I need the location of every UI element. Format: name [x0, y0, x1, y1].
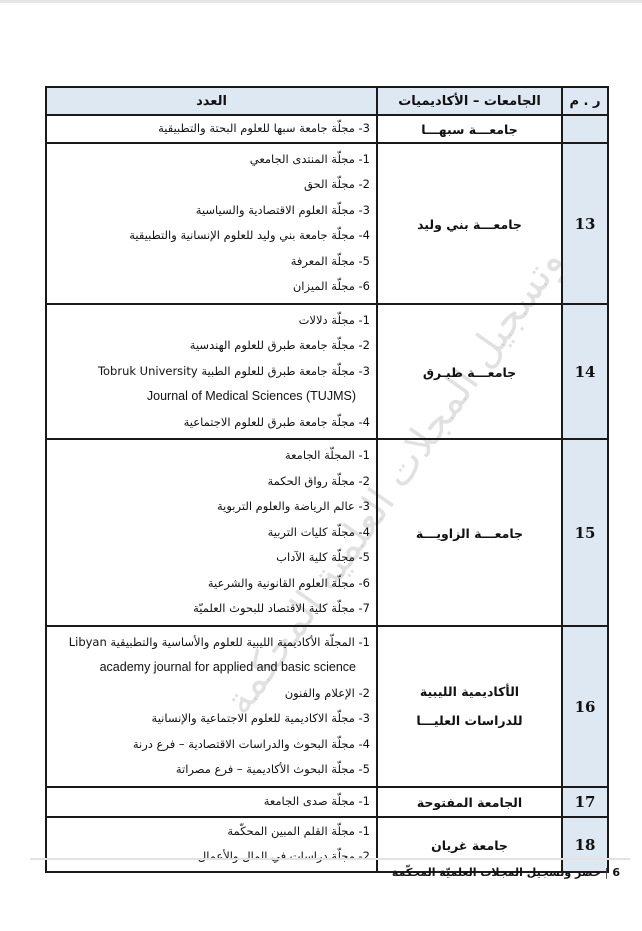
- journals-table: ر . م الجامعات – الأكاديميات العدد جامعـ…: [45, 86, 609, 873]
- table-row: 14 جامعـــة طبـرق 1- مجلّة دلالات 2- مجل…: [46, 304, 608, 440]
- row-number: 18: [562, 817, 608, 872]
- table-header-row: ر . م الجامعات – الأكاديميات العدد: [46, 87, 608, 115]
- journal-item: 5- مجلّة المعرفة: [47, 249, 370, 275]
- university-cell: جامعة غريان: [377, 817, 562, 872]
- university-cell: جامعـــة سبهـــا: [377, 115, 562, 143]
- journal-item: 3- مجلّة جامعة سبها للعلوم البحتة والتطب…: [47, 116, 370, 142]
- journal-item: 1- مجلّة المنتدى الجامعي: [47, 147, 370, 173]
- journal-item: 4- مجلّة البحوث والدراسات الاقتصادية – ف…: [47, 732, 370, 758]
- journals-cell: 1- المجلّة الأكاديمية الليبية للعلوم وال…: [46, 626, 377, 787]
- university-cell: جامعـــة بني وليد: [377, 143, 562, 304]
- journal-item: 6- مجلّة العلوم القانونية والشرعية: [47, 571, 370, 597]
- journal-item: 2- مجلّة رواق الحكمة: [47, 469, 370, 495]
- university-cell: الأكاديمية الليبية للدراسات العليـــا: [377, 626, 562, 787]
- page-footer: 6 | حصر وتسجيل المجلات العلميّة المحكّمة: [392, 866, 620, 879]
- journal-item: 2- الإعلام والفنون: [47, 681, 370, 707]
- journal-item-english-continuation: Journal of Medical Sciences (TUJMS): [47, 384, 370, 410]
- journal-item: 4- مجلّة جامعة طبرق للعلوم الاجتماعية: [47, 410, 370, 436]
- journals-cell: 1- مجلّة القلم المبين المحكّمة 2- مجلّة …: [46, 817, 377, 872]
- journals-cell: 1- مجلّة صدى الجامعة: [46, 787, 377, 817]
- footer-title: حصر وتسجيل المجلات العلميّة المحكّمة: [392, 866, 601, 879]
- header-university: الجامعات – الأكاديميات: [377, 87, 562, 115]
- journal-item: 1- المجلّة الجامعة: [47, 443, 370, 469]
- row-number: 14: [562, 304, 608, 440]
- journal-item: 3- مجلّة جامعة طبرق للعلوم الطبية Tobruk…: [47, 359, 370, 385]
- table-row: 15 جامعـــة الزاويـــة 1- المجلّة الجامع…: [46, 439, 608, 626]
- header-journals: العدد: [46, 87, 377, 115]
- page-number: 6: [612, 866, 620, 879]
- journal-item: 3- مجلّة العلوم الاقتصادية والسياسية: [47, 198, 370, 224]
- university-cell: جامعـــة الزاويـــة: [377, 439, 562, 626]
- journal-item: 1- مجلّة القلم المبين المحكّمة: [47, 819, 370, 845]
- journal-item: 5- مجلّة البحوث الأكاديمية – فرع مصراتة: [47, 757, 370, 783]
- journal-item: 4- مجلّة جامعة بني وليد للعلوم الإنسانية…: [47, 223, 370, 249]
- journals-cell: 1- مجلّة المنتدى الجامعي 2- مجلّة الحق 3…: [46, 143, 377, 304]
- journal-item: 6- مجلّة الميزان: [47, 274, 370, 300]
- journals-cell: 1- مجلّة دلالات 2- مجلّة جامعة طبرق للعل…: [46, 304, 377, 440]
- journal-item: 4- مجلّة كليات التربية: [47, 520, 370, 546]
- row-number: 13: [562, 143, 608, 304]
- header-number: ر . م: [562, 87, 608, 115]
- university-cell: الجامعة المفتوحة: [377, 787, 562, 817]
- row-number: 16: [562, 626, 608, 787]
- page-top-edge: [0, 0, 642, 3]
- journal-item: 7- مجلّة كلية الاقتصاد للبحوث العلميّة: [47, 596, 370, 622]
- table-row: 16 الأكاديمية الليبية للدراسات العليـــا…: [46, 626, 608, 787]
- journals-cell: 1- المجلّة الجامعة 2- مجلّة رواق الحكمة …: [46, 439, 377, 626]
- journal-item: 3- عالم الرياضة والعلوم التربوية: [47, 494, 370, 520]
- row-number: 15: [562, 439, 608, 626]
- journals-cell: 3- مجلّة جامعة سبها للعلوم البحتة والتطب…: [46, 115, 377, 143]
- footer-divider: [30, 858, 630, 860]
- table-row: 17 الجامعة المفتوحة 1- مجلّة صدى الجامعة: [46, 787, 608, 817]
- journal-item: 3- مجلّة الاكاديمية للعلوم الاجتماعية وا…: [47, 706, 370, 732]
- journal-item: 2- مجلّة الحق: [47, 172, 370, 198]
- journal-item: 5- مجلّة كلية الآداب: [47, 545, 370, 571]
- row-number: [562, 115, 608, 143]
- journal-item: 1- مجلّة دلالات: [47, 308, 370, 334]
- journal-item-english-continuation: academy journal for applied and basic sc…: [47, 655, 370, 681]
- journal-item: 1- مجلّة صدى الجامعة: [47, 789, 370, 815]
- footer-separator: |: [605, 866, 609, 879]
- row-number: 17: [562, 787, 608, 817]
- journal-item: 1- المجلّة الأكاديمية الليبية للعلوم وال…: [47, 630, 370, 656]
- table-row: 18 جامعة غريان 1- مجلّة القلم المبين الم…: [46, 817, 608, 872]
- journal-item: 2- مجلّة جامعة طبرق للعلوم الهندسية: [47, 333, 370, 359]
- table-row: 13 جامعـــة بني وليد 1- مجلّة المنتدى ال…: [46, 143, 608, 304]
- journal-item: 2- مجلّة دراسات في المال والأعمال: [47, 844, 370, 870]
- university-cell: جامعـــة طبـرق: [377, 304, 562, 440]
- table-row: جامعـــة سبهـــا 3- مجلّة جامعة سبها للع…: [46, 115, 608, 143]
